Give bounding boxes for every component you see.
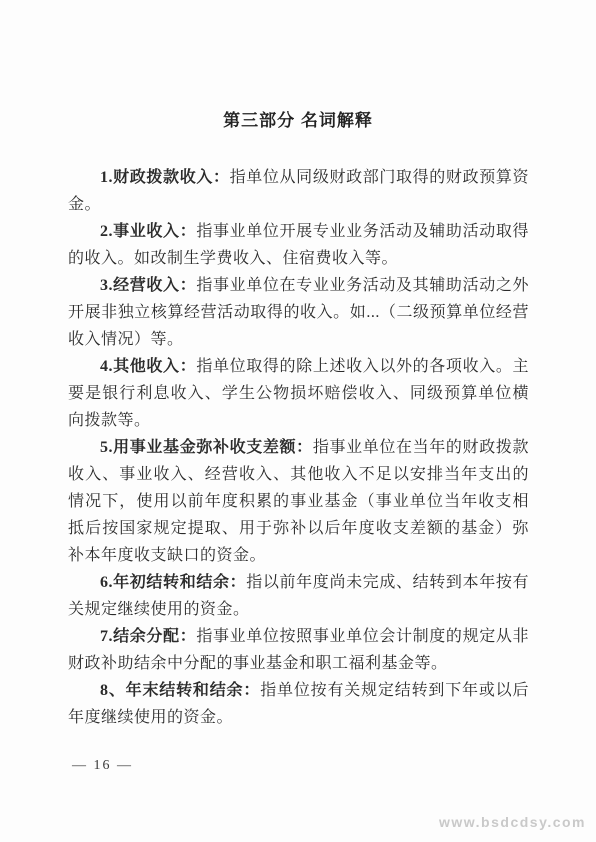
term-label: 1.财政拨款收入：: [100, 169, 230, 186]
glossary-item: 5.用事业基金弥补收支差额：指事业单位在当年的财政拨款收入、事业收入、经营收入、…: [68, 434, 529, 569]
watermark: www.bsdcdsy.com: [439, 814, 586, 830]
glossary-item: 4.其他收入：指单位取得的除上述收入以外的各项收入。主要是银行利息收入、学生公物…: [68, 353, 529, 434]
page-number: — 16 —: [72, 758, 133, 774]
page-title: 第三部分 名词解释: [0, 106, 596, 131]
glossary-item: 7.结余分配：指事业单位按照事业单位会计制度的规定从非财政补助结余中分配的事业基…: [68, 623, 529, 677]
term-label: 7.结余分配：: [100, 628, 196, 645]
term-label: 5.用事业基金弥补收支差额：: [100, 439, 313, 456]
glossary-item: 2.事业收入：指事业单位开展专业业务活动及辅助活动取得的收入。如改制生学费收入、…: [68, 218, 529, 272]
term-label: 4.其他收入：: [100, 358, 196, 375]
glossary-item: 3.经营收入：指事业单位在专业业务活动及其辅助活动之外开展非独立核算经营活动取得…: [68, 272, 529, 353]
document-page: 第三部分 名词解释 1.财政拨款收入：指单位从同级财政部门取得的财政预算资金。 …: [0, 0, 596, 842]
term-label: 8、年末结转和结余：: [100, 682, 260, 699]
glossary-item: 6.年初结转和结余：指以前年度尚未完成、结转到本年按有关规定继续使用的资金。: [68, 569, 529, 623]
glossary-item: 8、年末结转和结余：指单位按有关规定结转到下年或以后年度继续使用的资金。: [68, 677, 529, 731]
term-label: 2.事业收入：: [100, 223, 196, 240]
glossary-item: 1.财政拨款收入：指单位从同级财政部门取得的财政预算资金。: [68, 164, 529, 218]
term-label: 6.年初结转和结余：: [100, 574, 246, 591]
term-definition: 指事业单位在当年的财政拨款收入、事业收入、经营收入、其他收入不足以安排当年支出的…: [68, 439, 529, 564]
glossary-content: 1.财政拨款收入：指单位从同级财政部门取得的财政预算资金。 2.事业收入：指事业…: [68, 164, 529, 731]
term-label: 3.经营收入：: [100, 277, 196, 294]
